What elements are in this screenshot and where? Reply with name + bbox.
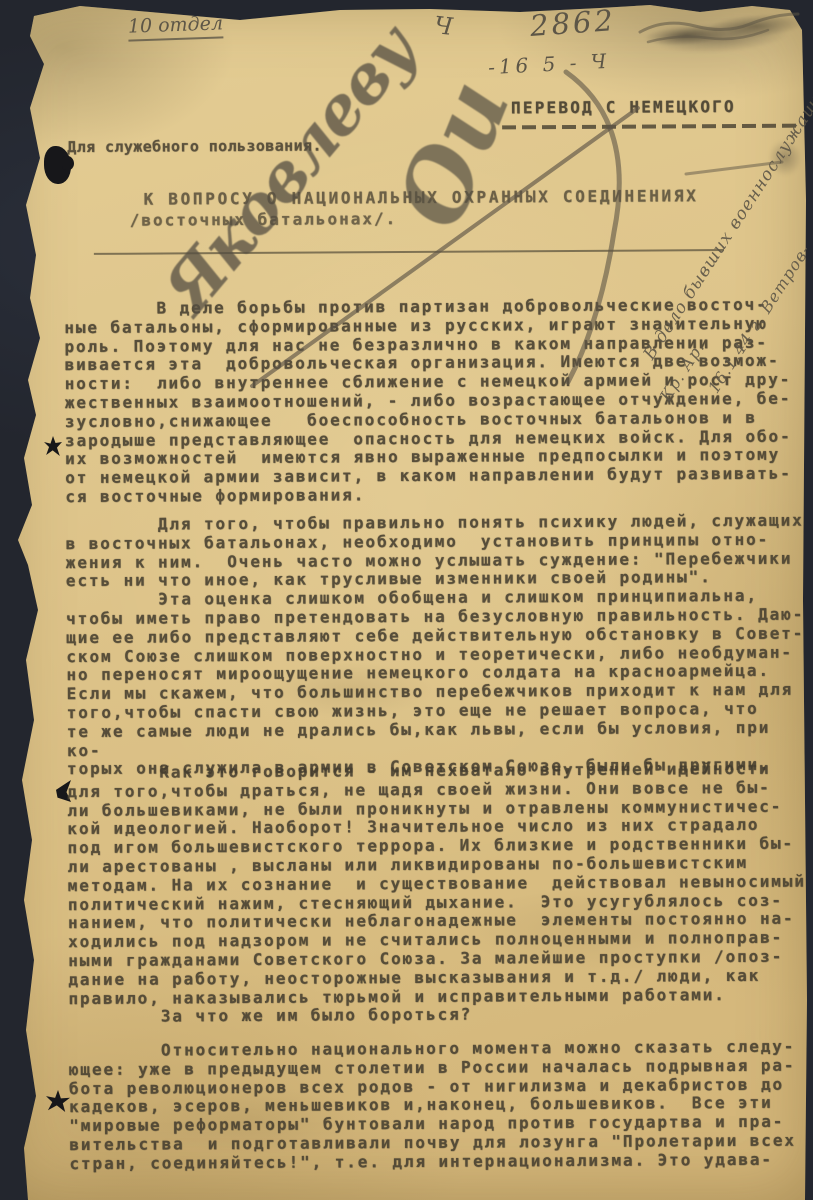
translation-stamp: ПЕРЕВОД С НЕМЕЦКОГО [511, 97, 736, 117]
paragraph-4: Относительно национального момента можно… [69, 1038, 810, 1174]
handwritten-department-note: 10 отдел [128, 12, 224, 41]
handwritten-number: 2862 [529, 3, 617, 43]
paragraph-3: Как это говорится - им нехватало внутрен… [67, 760, 809, 1028]
paragraph-2: Для того, чтобы правильно понять психику… [65, 512, 807, 780]
paragraph-1: В деле борьбы против партизан добровольч… [64, 296, 805, 507]
stamp-underline [502, 124, 802, 130]
scanned-document-page: Для служебного пользования. ПЕРЕВОД С НЕ… [0, 0, 813, 1200]
